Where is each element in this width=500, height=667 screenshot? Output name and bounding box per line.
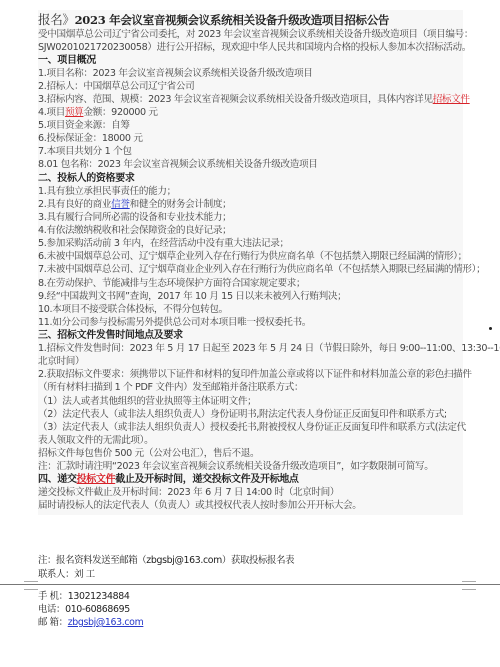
list-item: 2.招标人：中国烟草总公司辽宁省公司 <box>38 80 194 93</box>
item-text: 3.招标内容、范围、规模：2023 年会议室音视频会议系统相关设备升级改造项目，… <box>38 94 433 105</box>
list-item: 招标文件每包售价 500 元（公对公电汇），售后不退。 <box>38 447 259 460</box>
item-text: 和健全的财务会计制度； <box>130 199 232 210</box>
mobile-label: 手 机： <box>38 591 68 602</box>
list-item: （所有材料扫描到 1 个 PDF 文件内）发至邮箱并备注联系方式： <box>38 381 303 394</box>
budget-link[interactable]: 预算 <box>65 107 84 118</box>
list-item: （3）法定代表人（或非法人组织负责人）授权委托书,附被授权人身份证正反面复印件和… <box>38 421 466 434</box>
list-item: 1.具有独立承担民事责任的能力； <box>38 185 176 198</box>
phone-label: 电话： <box>38 604 65 615</box>
list-item: 5.项目资金来源：自筹 <box>38 119 130 132</box>
page-break-divider <box>0 584 500 585</box>
list-item: 7.未被中国烟草总公司、辽宁烟草商业企业列入存在行贿行为供应商名单（不包括禁入期… <box>38 263 485 276</box>
contact-person: 联系人：刘 工 <box>38 568 95 581</box>
list-item: 11.如分公司参与投标需另外提供总公司对本项目唯一授权委托书。 <box>38 316 311 329</box>
stray-dot <box>489 327 492 330</box>
intro-line-1: 受中国烟草总公司辽宁省公司委托，对 2023 年会议室音视频会议系统相关设备升级… <box>38 28 473 41</box>
list-item: 届时请投标人的法定代表人（负责人）或其授权代表人按时参加公开开标大会。 <box>38 499 362 512</box>
email-row: 邮 箱：zbgsbj@163.com <box>38 616 143 629</box>
mobile-row: 手 机：13021234884 <box>38 590 129 603</box>
section-heading-overview: 一、项目概况 <box>38 54 96 67</box>
credit-link[interactable]: 信誉 <box>111 199 130 210</box>
title-prefix: 报名》 <box>38 12 75 27</box>
section-heading-submission: 四、递交投标文件截止及开标时间，递交投标文件及开标地点 <box>38 473 299 486</box>
item-text: 4.项目 <box>38 107 65 118</box>
list-item: 8.在劳动保护、节能减排与生态环境保护方面符合国家规定要求； <box>38 277 305 290</box>
list-item: （2）法定代表人（或非法人组织负责人）身份证明书,附法定代表人身份证正反面复印件… <box>38 408 447 421</box>
list-item: 注：汇款时请注明“2023 年会议室音视频会议系统相关设备升级改造项目”，如字数… <box>38 460 433 473</box>
list-item: 北京时间） <box>38 355 84 368</box>
intro-line-2: SJW0201021720230058）进行公开招标，现欢迎中华人民共和国境内合… <box>38 41 471 54</box>
tender-document-link[interactable]: 招标文件 <box>433 94 470 105</box>
page-marker-left <box>24 581 38 590</box>
list-item: 2.具有良好的商业信誉和健全的财务会计制度； <box>38 198 231 211</box>
list-item: 3.招标内容、范围、规模：2023 年会议室音视频会议系统相关设备升级改造项目，… <box>38 93 470 106</box>
list-item: 5.参加采购活动前 3 年内，在经营活动中没有重大违法记录； <box>38 237 289 250</box>
list-item: 9.经“中国裁判文书网”查询，2017 年 10 月 15 日以来未被列入行贿判… <box>38 290 346 303</box>
mobile-value: 13021234884 <box>68 591 130 602</box>
list-item: 6.投标保证金：18000 元 <box>38 132 143 145</box>
registration-note: 注：报名资料发送至邮箱（zbgsbj@163.com）获取投标报名表 <box>38 554 294 567</box>
phone-row: 电话：010-60868695 <box>38 603 130 616</box>
list-item: 2.获取招标文件要求：须携带以下证件和材料的复印件加盖公章或将以下证件和材料加盖… <box>38 368 472 381</box>
list-item: 6.未被中国烟草总公司、辽宁烟草企业列入存在行贿行为供应商名单（不包括禁入期限已… <box>38 250 467 263</box>
page-marker-right <box>462 581 476 590</box>
page-title: 报名》2023 年会议室音视频会议系统相关设备升级改造项目招标公告 <box>38 13 389 27</box>
list-item: 3.具有履行合同所必需的设备和专业技术能力； <box>38 211 231 224</box>
heading-text: 截止及开标时间，递交投标文件及开标地点 <box>115 474 298 485</box>
heading-text: 四、递交 <box>38 474 77 485</box>
list-item: 表人领取文件的无需此项）。 <box>38 434 153 447</box>
list-item: 4.有依法缴纳税收和社会保障资金的良好记录； <box>38 224 231 237</box>
bid-document-link[interactable]: 投标文件 <box>77 474 116 485</box>
section-heading-sale: 三、招标文件发售时间地点及要求 <box>38 329 183 342</box>
section-heading-qualifications: 二、投标人的资格要求 <box>38 172 135 185</box>
title-text: 2023 年会议室音视频会议系统相关设备升级改造项目招标公告 <box>75 13 390 27</box>
list-item: 8.01 包名称：2023 年会议室音视频会议系统相关设备升级改造项目 <box>38 158 317 171</box>
item-text: 金额：920000 元 <box>83 107 157 118</box>
email-label: 邮 箱： <box>38 617 68 628</box>
list-item: 10.本项目不接受联合体投标，不得分包转包。 <box>38 303 228 316</box>
item-text: 2.具有良好的商业 <box>38 199 111 210</box>
list-item: 4.项目预算金额：920000 元 <box>38 106 158 119</box>
list-item: 递交投标文件截止及开标时间：2023 年 6 月 7 日 14:00 时（北京时… <box>38 486 339 499</box>
list-item: （1）法人或者其他组织的营业执照等主体证明文件； <box>38 395 256 408</box>
email-link[interactable]: zbgsbj@163.com <box>68 617 144 628</box>
list-item: 1.项目名称：2023 年会议室音视频会议系统相关设备升级改造项目 <box>38 67 313 80</box>
list-item: 7.本项目共划分 1 个包 <box>38 145 132 158</box>
phone-value: 010-60868695 <box>65 604 130 615</box>
list-item: 1.招标文件发售时间：2023 年 5 月 17 日起至 2023 年 5 月 … <box>38 342 500 355</box>
